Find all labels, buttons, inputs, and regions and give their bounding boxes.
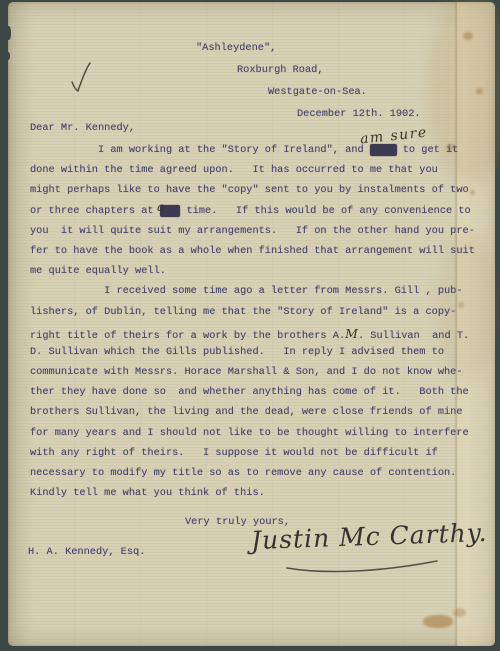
letter-line: you it will quite suit my arrangements. …	[30, 225, 475, 245]
letter-line: lishers, of Dublin, telling me that the …	[30, 306, 475, 326]
fox-spot	[463, 32, 473, 40]
letter-line: communicate with Messrs. Horace Marshall…	[30, 366, 475, 386]
letter-paper: "Ashleydene", Roxburgh Road, Westgate-on…	[8, 2, 495, 646]
ink-stain	[453, 608, 466, 617]
letter-body: I am working at the "Story of Ireland", …	[30, 144, 475, 507]
signature-flourish	[285, 558, 441, 579]
letter-line: right title of theirs for a work by the …	[30, 326, 475, 346]
letter-line: with any right of theirs. I suppose it w…	[30, 447, 475, 467]
letterhead-road: Roxburgh Road,	[237, 64, 324, 76]
letter-line: I received some time ago a letter from M…	[30, 285, 475, 305]
letter-line: Kindly tell me what you think of this.	[30, 487, 475, 507]
letter-line: me quite equally well.	[30, 265, 475, 285]
letterhead-house: "Ashleydene",	[196, 42, 276, 54]
line-text: right title of theirs for a work by the …	[30, 330, 345, 342]
letter-line: might perhaps like to have the "copy" se…	[30, 184, 475, 204]
checkmark-icon	[68, 60, 94, 101]
salutation: Dear Mr. Kennedy,	[30, 122, 135, 134]
line-text: I am working at the "Story of Ireland", …	[30, 144, 370, 156]
fox-spot	[476, 88, 483, 95]
ink-stain	[423, 615, 453, 628]
letter-line: necessary to modify my title so as to re…	[30, 467, 475, 487]
torn-edge-notch	[6, 26, 11, 40]
letterhead-town: Westgate-on-Sea.	[268, 86, 367, 98]
letter-line: fer to have the book as a whole when fin…	[30, 245, 475, 265]
letter-date: December 12th. 1902.	[297, 108, 421, 120]
line-text: . Sullivan and T.	[358, 330, 469, 342]
handwritten-letter-m: M	[345, 326, 358, 341]
torn-edge-notch	[6, 52, 10, 60]
recipient: H. A. Kennedy, Esq.	[28, 546, 145, 558]
letter-line: done within the time agreed upon. It has…	[30, 164, 475, 184]
line-text: or three chapters at	[30, 205, 160, 217]
handwritten-insertion-a: a	[157, 200, 164, 214]
letter-line: brothers Sullivan, the living and the de…	[30, 406, 475, 426]
line-text: to get it	[397, 144, 459, 156]
letter-line: ther they have done so and whether anyth…	[30, 386, 475, 406]
letter-line: I am working at the "Story of Ireland", …	[30, 144, 475, 164]
photo-background: "Ashleydene", Roxburgh Road, Westgate-on…	[0, 0, 500, 651]
letter-line: for many years and I should not like to …	[30, 427, 475, 447]
letter-line: D. Sullivan which the Gills published. I…	[30, 346, 475, 366]
letter-line: or three chapters at the time. If this w…	[30, 205, 475, 225]
line-text: time. If this would be of any convenienc…	[180, 205, 470, 217]
